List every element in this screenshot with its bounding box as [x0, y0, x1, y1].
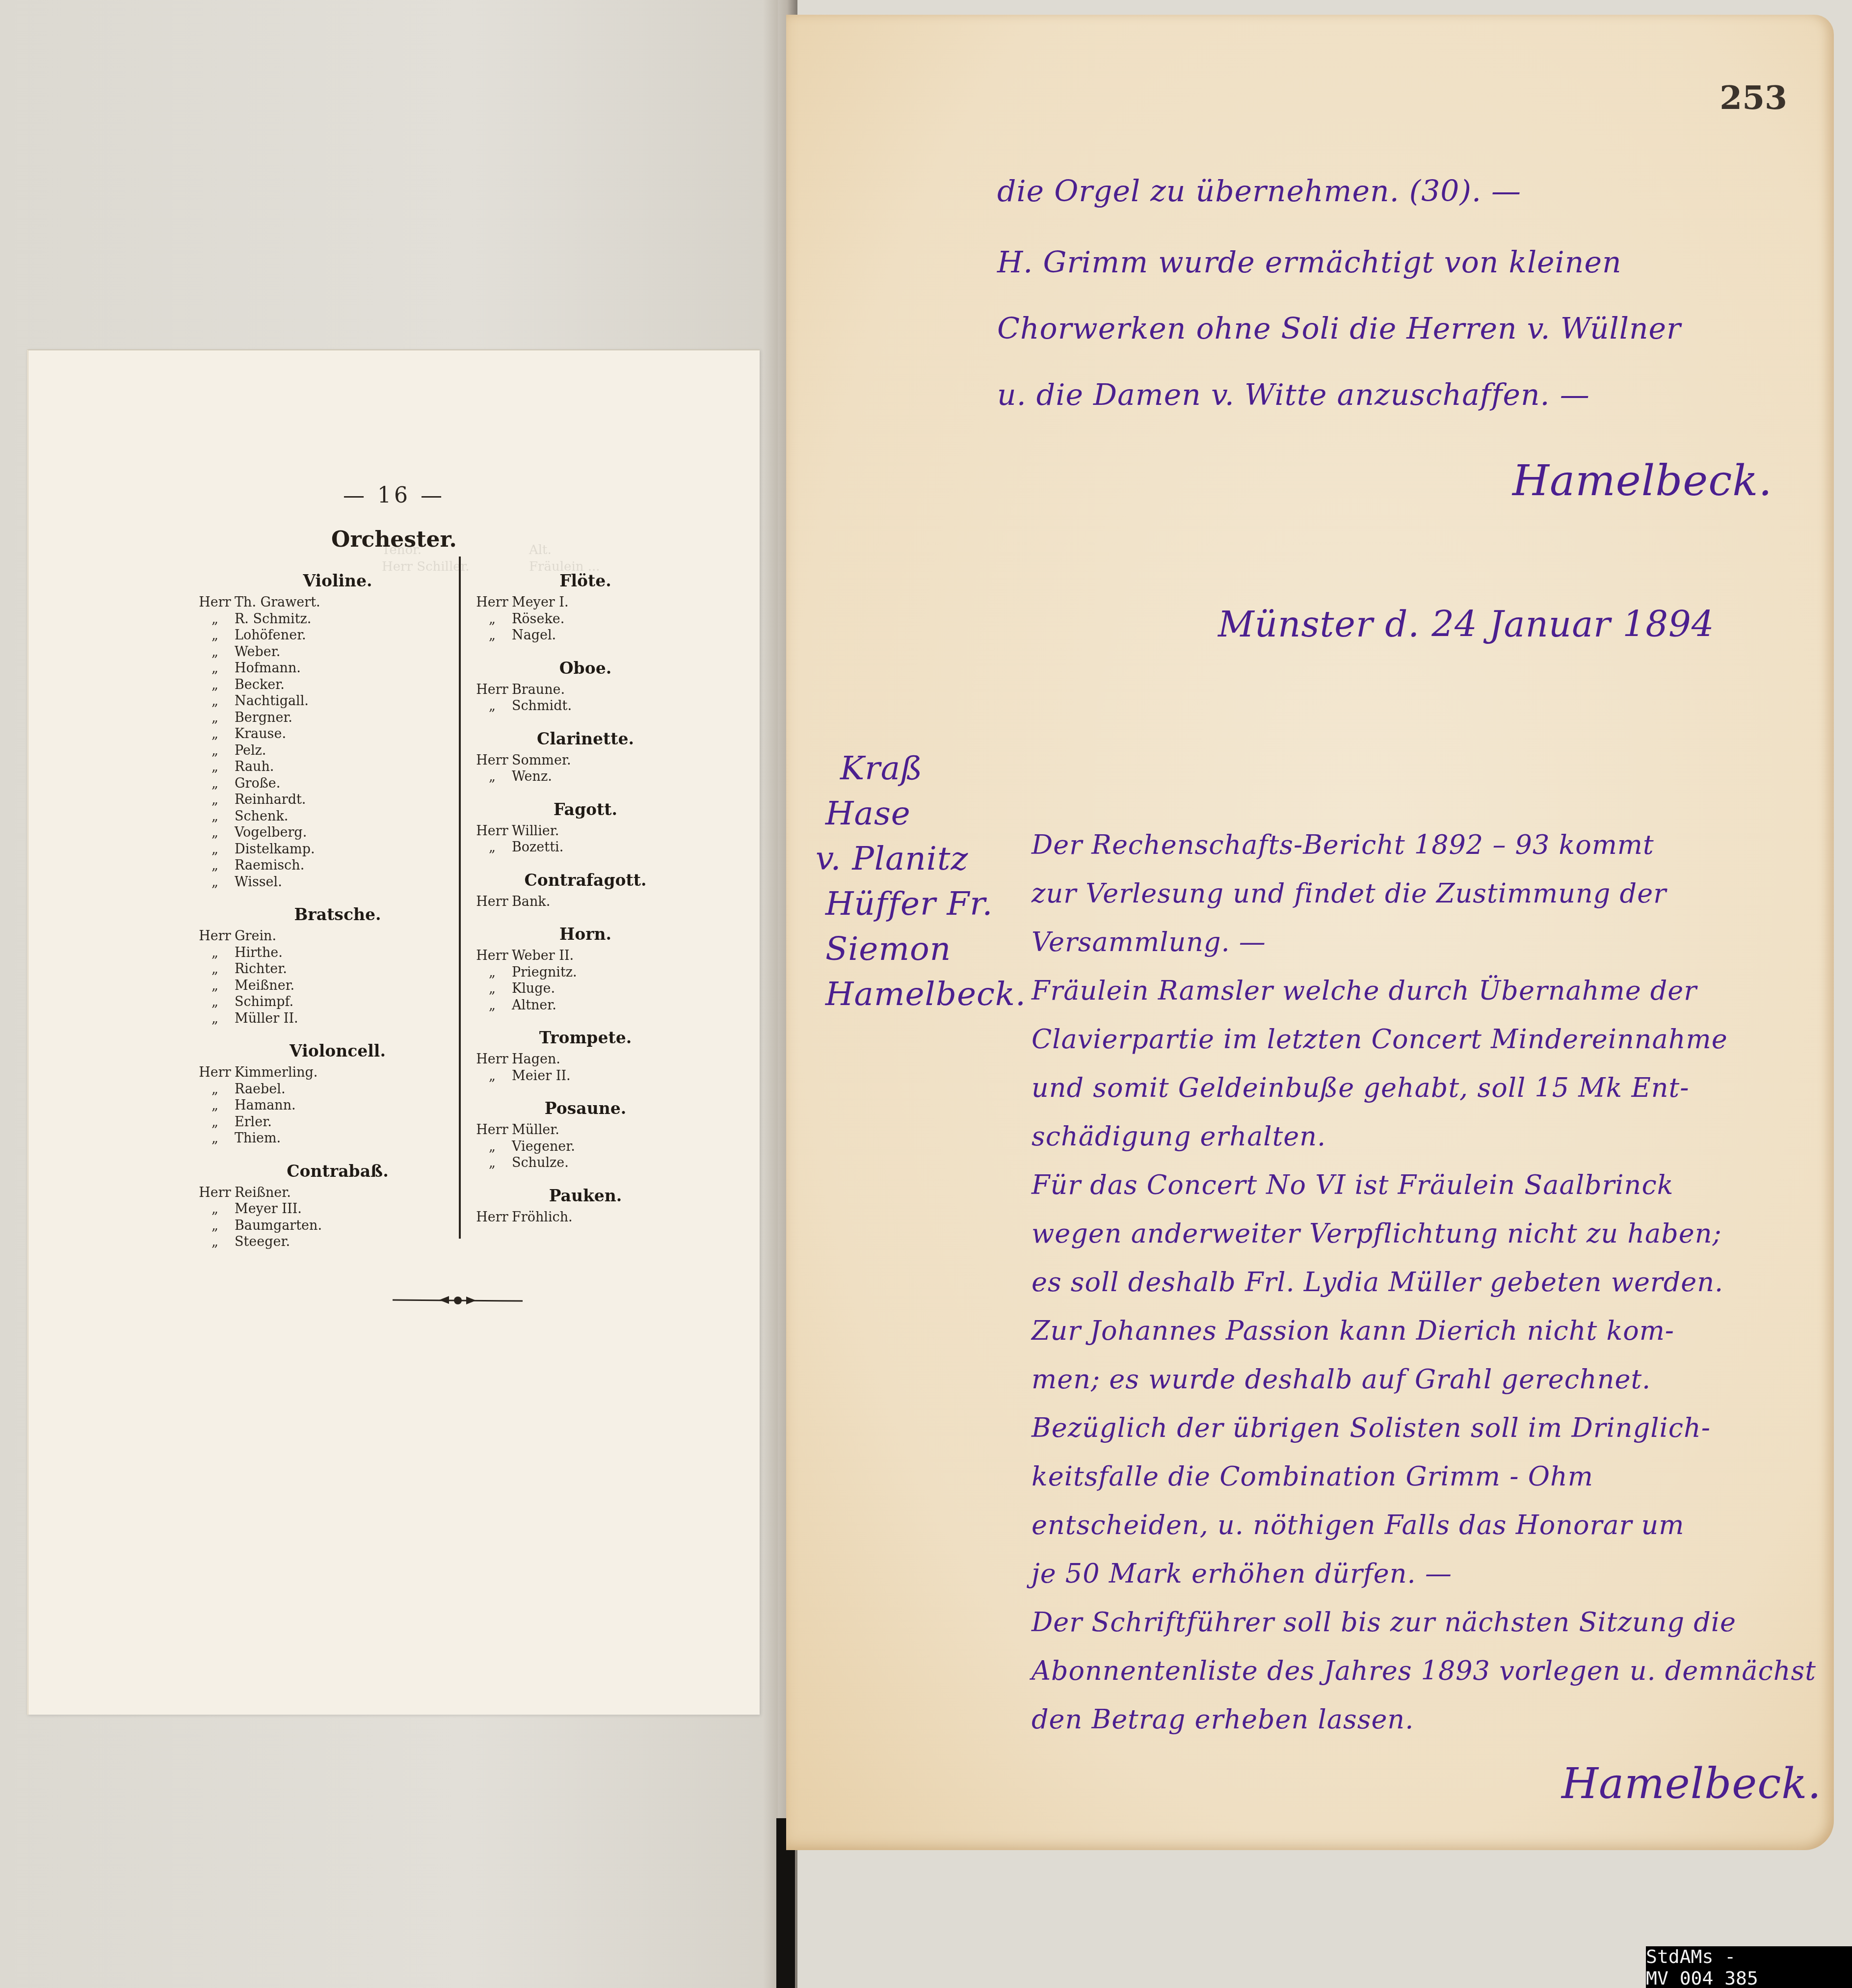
member-row: „Meyer III.: [195, 1201, 450, 1218]
minutes-line: Der Rechenschafts-Bericht 1892 – 93 komm…: [1032, 829, 1816, 878]
member-prefix: „: [195, 792, 235, 808]
member-row: HerrGrein.: [195, 928, 450, 945]
section-title: Violine.: [195, 571, 450, 590]
member-name: Willier.: [512, 823, 559, 840]
member-row: „Vogelberg.: [195, 824, 450, 841]
program-section: Pauken.HerrFröhlich.: [473, 1186, 669, 1226]
member-row: HerrTh. Grawert.: [195, 594, 450, 611]
member-row: HerrBraune.: [473, 682, 669, 698]
member-name: Hofmann.: [235, 660, 301, 677]
member-prefix: „: [473, 1068, 512, 1085]
attendee-name: Hüffer Fr.: [825, 881, 1026, 927]
signature-hamelbeck: Hamelbeck.: [1512, 456, 1773, 505]
member-prefix: Herr: [473, 1122, 512, 1139]
program-section: Posaune.HerrMüller.„Viegener.„Schulze.: [473, 1099, 669, 1171]
minutes-line: Versammlung. —: [1032, 927, 1816, 975]
member-row: „Erler.: [195, 1114, 450, 1131]
member-row: „Hofmann.: [195, 660, 450, 677]
member-row: „Rauh.: [195, 759, 450, 775]
section-title: Contrabaß.: [195, 1162, 450, 1181]
member-prefix: „: [195, 742, 235, 759]
member-name: Bergner.: [235, 710, 292, 726]
member-row: „Baumgarten.: [195, 1218, 450, 1234]
member-row: „Wissel.: [195, 874, 450, 891]
member-row: „Nagel.: [473, 627, 669, 644]
member-name: Sommer.: [512, 752, 571, 769]
member-row: „Schenk.: [195, 808, 450, 825]
member-prefix: Herr: [473, 1051, 512, 1068]
program-section: Fagott.HerrWillier.„Bozetti.: [473, 800, 669, 856]
member-name: Grein.: [235, 928, 276, 945]
archive-reference-label: StdAMs - MV_004_385: [1646, 1946, 1852, 1988]
member-prefix: „: [195, 726, 235, 742]
member-row: HerrSommer.: [473, 752, 669, 769]
program-section: Violoncell.HerrKimmerling.„Raebel.„Haman…: [195, 1041, 450, 1147]
attendee-name: Hase: [825, 791, 1026, 836]
member-row: „Müller II.: [195, 1010, 450, 1027]
member-name: Fröhlich.: [512, 1209, 573, 1226]
program-section: Trompete.HerrHagen.„Meier II.: [473, 1028, 669, 1084]
member-prefix: „: [195, 693, 235, 710]
member-row: „Röseke.: [473, 611, 669, 628]
member-name: Wissel.: [235, 874, 282, 891]
member-row: HerrMüller.: [473, 1122, 669, 1139]
continuation-line: H. Grimm wurde ermächtigt von kleinen: [997, 245, 1622, 280]
member-row: „Distelkamp.: [195, 841, 450, 858]
attendee-list: KraßHasev. PlanitzHüffer Fr.SiemonHamelb…: [816, 746, 1016, 1017]
member-prefix: „: [195, 874, 235, 891]
member-name: Bank.: [512, 894, 550, 910]
program-section: Clarinette.HerrSommer.„Wenz.: [473, 729, 669, 785]
member-row: „Hamann.: [195, 1097, 450, 1114]
member-row: „Viegener.: [473, 1139, 669, 1155]
member-prefix: „: [195, 627, 235, 644]
member-prefix: „: [195, 1130, 235, 1147]
member-name: Müller II.: [235, 1010, 298, 1027]
member-prefix: Herr: [473, 752, 512, 769]
member-name: Lohöfener.: [235, 627, 306, 644]
member-name: Rauh.: [235, 759, 274, 775]
member-prefix: „: [195, 857, 235, 874]
section-title: Bratsche.: [195, 905, 450, 924]
member-name: Becker.: [235, 677, 285, 693]
member-row: „Altner.: [473, 997, 669, 1014]
member-prefix: Herr: [195, 594, 235, 611]
member-row: HerrWillier.: [473, 823, 669, 840]
member-row: HerrMeyer I.: [473, 594, 669, 611]
section-title: Horn.: [473, 925, 669, 944]
member-prefix: „: [195, 1010, 235, 1027]
member-row: „Schimpf.: [195, 994, 450, 1010]
member-row: HerrBank.: [473, 894, 669, 910]
ornament-divider-icon: [393, 1295, 523, 1305]
member-row: „Wenz.: [473, 769, 669, 785]
member-prefix: „: [195, 1081, 235, 1098]
member-row: „Lohöfener.: [195, 627, 450, 644]
attendee-name: v. Planitz: [816, 836, 1016, 881]
section-title: Violoncell.: [195, 1041, 450, 1060]
member-row: HerrWeber II.: [473, 948, 669, 964]
member-name: Wenz.: [512, 769, 552, 785]
member-prefix: „: [195, 611, 235, 628]
minutes-line: entscheiden, u. nöthigen Falls das Honor…: [1032, 1510, 1816, 1558]
member-prefix: „: [195, 824, 235, 841]
member-name: Raebel.: [235, 1081, 286, 1098]
member-prefix: „: [195, 961, 235, 978]
folio-number: 253: [1720, 79, 1787, 117]
member-prefix: Herr: [195, 928, 235, 945]
program-right-column: Flöte.HerrMeyer I.„Röseke.„Nagel.Oboe.He…: [473, 566, 669, 1240]
member-prefix: „: [473, 627, 512, 644]
member-name: Nachtigall.: [235, 693, 309, 710]
member-prefix: „: [195, 1114, 235, 1131]
member-name: Vogelberg.: [235, 824, 307, 841]
section-title: Flöte.: [473, 571, 669, 590]
member-row: HerrFröhlich.: [473, 1209, 669, 1226]
member-name: Weber.: [235, 644, 280, 661]
member-prefix: „: [195, 841, 235, 858]
member-name: R. Schmitz.: [235, 611, 311, 628]
member-prefix: „: [195, 644, 235, 661]
section-title: Posaune.: [473, 1099, 669, 1118]
member-row: „Reinhardt.: [195, 792, 450, 808]
member-row: „Priegnitz.: [473, 964, 669, 981]
member-row: „Weber.: [195, 644, 450, 661]
minutes-line: Bezüglich der übrigen Solisten soll im D…: [1032, 1412, 1816, 1461]
section-title: Oboe.: [473, 659, 669, 678]
member-name: Nagel.: [512, 627, 556, 644]
member-prefix: „: [195, 759, 235, 775]
member-prefix: „: [195, 1097, 235, 1114]
section-title: Clarinette.: [473, 729, 669, 748]
member-prefix: „: [473, 1155, 512, 1171]
member-prefix: Herr: [473, 594, 512, 611]
attendee-name: Siemon: [825, 927, 1026, 972]
minutes-line: den Betrag erheben lassen.: [1032, 1704, 1816, 1752]
member-name: Baumgarten.: [235, 1218, 322, 1234]
continuation-line: Chorwerken ohne Soli die Herren v. Wülln…: [997, 312, 1681, 346]
continuation-line: die Orgel zu übernehmen. (30). —: [997, 174, 1521, 209]
member-name: Raemisch.: [235, 857, 304, 874]
printed-program-sheet: Tenor.Herr Schiller. Alt.Fräulein ... — …: [27, 349, 760, 1715]
member-name: Kimmerling.: [235, 1064, 317, 1081]
member-prefix: „: [195, 677, 235, 693]
member-prefix: „: [195, 775, 235, 792]
minutes-line: schädigung erhalten.: [1032, 1121, 1816, 1169]
member-prefix: „: [195, 945, 235, 961]
member-name: Große.: [235, 775, 280, 792]
member-row: „Becker.: [195, 677, 450, 693]
program-section: Oboe.HerrBraune.„Schmidt.: [473, 659, 669, 715]
member-prefix: „: [195, 978, 235, 994]
program-page-number: — 16 —: [28, 483, 760, 508]
attendee-name: Kraß: [840, 746, 1041, 791]
member-prefix: „: [195, 808, 235, 825]
member-row: „Meier II.: [473, 1068, 669, 1085]
member-row: „Krause.: [195, 726, 450, 742]
member-name: Schulze.: [512, 1155, 569, 1171]
member-name: Pelz.: [235, 742, 266, 759]
member-row: „Schmidt.: [473, 698, 669, 715]
member-row: „Raemisch.: [195, 857, 450, 874]
member-prefix: Herr: [473, 823, 512, 840]
member-name: Priegnitz.: [512, 964, 577, 981]
member-prefix: „: [195, 1218, 235, 1234]
member-prefix: „: [195, 660, 235, 677]
meeting-date-heading: Münster d. 24 Januar 1894: [1218, 604, 1715, 645]
member-prefix: „: [473, 839, 512, 856]
member-row: „Richter.: [195, 961, 450, 978]
member-name: Schmidt.: [512, 698, 572, 715]
member-row: „Nachtigall.: [195, 693, 450, 710]
member-prefix: „: [473, 611, 512, 628]
member-prefix: Herr: [473, 894, 512, 910]
member-row: HerrKimmerling.: [195, 1064, 450, 1081]
member-name: Braune.: [512, 682, 565, 698]
member-name: Röseke.: [512, 611, 564, 628]
program-section: Violine.HerrTh. Grawert.„R. Schmitz.„Loh…: [195, 571, 450, 890]
minutes-line: Zur Johannes Passion kann Dierich nicht …: [1032, 1315, 1816, 1364]
member-name: Meier II.: [512, 1068, 571, 1085]
minutes-line: men; es wurde deshalb auf Grahl gerechne…: [1032, 1364, 1816, 1412]
continuation-line: u. die Damen v. Witte anzuschaffen. —: [997, 378, 1590, 412]
member-prefix: Herr: [195, 1185, 235, 1201]
member-row: „R. Schmitz.: [195, 611, 450, 628]
member-row: „Bozetti.: [473, 839, 669, 856]
member-name: Meyer I.: [512, 594, 569, 611]
member-name: Schenk.: [235, 808, 288, 825]
minutes-line: Der Schriftführer soll bis zur nächsten …: [1032, 1607, 1816, 1655]
member-name: Reißner.: [235, 1185, 291, 1201]
member-row: HerrReißner.: [195, 1185, 450, 1201]
member-name: Richter.: [235, 961, 287, 978]
member-prefix: „: [473, 1139, 512, 1155]
member-prefix: „: [473, 981, 512, 997]
minutes-line: und somit Geldeinbuße gehabt, soll 15 Mk…: [1032, 1072, 1816, 1121]
section-title: Contrafagott.: [473, 871, 669, 890]
program-section: Contrafagott.HerrBank.: [473, 871, 669, 910]
member-name: Müller.: [512, 1122, 559, 1139]
member-prefix: „: [473, 769, 512, 785]
minutes-line: Fräulein Ramsler welche durch Übernahme …: [1032, 975, 1816, 1024]
member-prefix: Herr: [195, 1064, 235, 1081]
member-name: Weber II.: [512, 948, 574, 964]
minutes-line: zur Verlesung und findet die Zustimmung …: [1032, 878, 1816, 927]
member-name: Erler.: [235, 1114, 272, 1131]
minutes-line: Abonnentenliste des Jahres 1893 vorlegen…: [1032, 1655, 1816, 1704]
section-title: Fagott.: [473, 800, 669, 819]
member-name: Hamann.: [235, 1097, 296, 1114]
member-row: „Hirthe.: [195, 945, 450, 961]
member-name: Meißner.: [235, 978, 294, 994]
member-prefix: „: [473, 997, 512, 1014]
minutes-line: Für das Concert No VI ist Fräulein Saalb…: [1032, 1169, 1816, 1218]
minutes-line: keitsfalle die Combination Grimm - Ohm: [1032, 1461, 1816, 1510]
section-title: Trompete.: [473, 1028, 669, 1047]
attendee-name: Hamelbeck.: [825, 972, 1026, 1017]
member-name: Schimpf.: [235, 994, 293, 1010]
member-row: „Raebel.: [195, 1081, 450, 1098]
member-name: Viegener.: [512, 1139, 575, 1155]
member-name: Hagen.: [512, 1051, 560, 1068]
member-row: HerrHagen.: [473, 1051, 669, 1068]
member-name: Bozetti.: [512, 839, 563, 856]
member-name: Kluge.: [512, 981, 555, 997]
minutes-line: Clavierpartie im letzten Concert Mindere…: [1032, 1024, 1816, 1072]
member-name: Hirthe.: [235, 945, 283, 961]
signature-hamelbeck-closing: Hamelbeck.: [1561, 1759, 1822, 1808]
member-prefix: „: [195, 994, 235, 1010]
member-row: „Schulze.: [473, 1155, 669, 1171]
minutes-body: Der Rechenschafts-Bericht 1892 – 93 komm…: [1032, 829, 1816, 1752]
member-row: „Kluge.: [473, 981, 669, 997]
member-row: „Meißner.: [195, 978, 450, 994]
member-name: Distelkamp.: [235, 841, 315, 858]
program-title: Orchester.: [28, 527, 760, 552]
member-prefix: Herr: [473, 682, 512, 698]
member-name: Reinhardt.: [235, 792, 306, 808]
member-name: Thiem.: [235, 1130, 281, 1147]
program-section: Bratsche.HerrGrein.„Hirthe.„Richter.„Mei…: [195, 905, 450, 1027]
member-row: „Bergner.: [195, 710, 450, 726]
member-prefix: Herr: [473, 948, 512, 964]
member-row: „Pelz.: [195, 742, 450, 759]
program-section: Contrabaß.HerrReißner.„Meyer III.„Baumga…: [195, 1162, 450, 1250]
column-divider: [459, 557, 461, 1239]
member-name: Steeger.: [235, 1234, 290, 1250]
section-title: Pauken.: [473, 1186, 669, 1205]
member-row: „Große.: [195, 775, 450, 792]
member-prefix: „: [473, 964, 512, 981]
member-name: Meyer III.: [235, 1201, 302, 1218]
member-name: Krause.: [235, 726, 286, 742]
member-prefix: „: [473, 698, 512, 715]
program-section: Flöte.HerrMeyer I.„Röseke.„Nagel.: [473, 571, 669, 644]
member-prefix: „: [195, 710, 235, 726]
member-prefix: Herr: [473, 1209, 512, 1226]
member-row: „Steeger.: [195, 1234, 450, 1250]
member-name: Altner.: [512, 997, 556, 1014]
member-prefix: „: [195, 1201, 235, 1218]
minutes-page: 253 die Orgel zu übernehmen. (30). — H. …: [786, 15, 1834, 1850]
member-row: „Thiem.: [195, 1130, 450, 1147]
member-name: Th. Grawert.: [235, 594, 320, 611]
minutes-line: wegen anderweiter Verpflichtung nicht zu…: [1032, 1218, 1816, 1267]
member-prefix: „: [195, 1234, 235, 1250]
minutes-line: es soll deshalb Frl. Lydia Müller gebete…: [1032, 1267, 1816, 1315]
program-left-column: Violine.HerrTh. Grawert.„R. Schmitz.„Loh…: [195, 566, 450, 1265]
program-section: Horn.HerrWeber II.„Priegnitz.„Kluge.„Alt…: [473, 925, 669, 1013]
minutes-line: je 50 Mark erhöhen dürfen. —: [1032, 1558, 1816, 1607]
